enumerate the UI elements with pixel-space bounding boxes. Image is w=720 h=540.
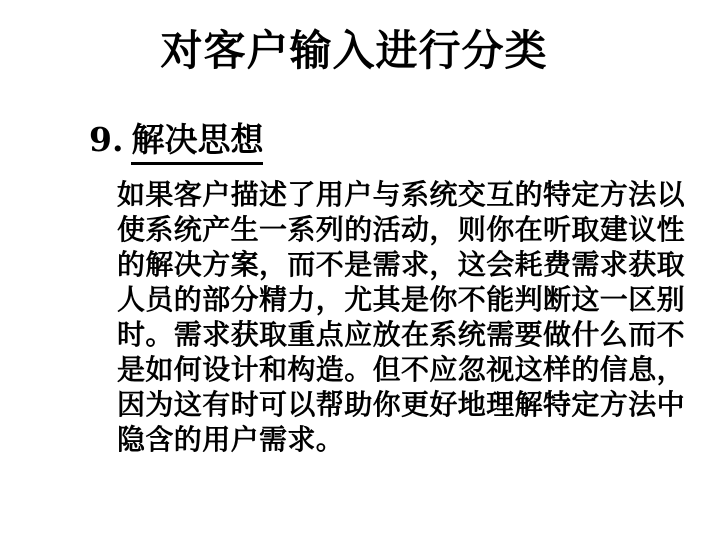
paragraph-line: 人员的部分精力，尤其是你不能判断这一区别 (117, 282, 697, 317)
body-paragraph: 如果客户描述了用户与系统交互的特定方法以 使系统产生一系列的活动，则你在听取建议… (117, 177, 697, 457)
paragraph-line: 时。需求获取重点应放在系统需要做什么而不 (117, 317, 697, 352)
paragraph-line: 是如何设计和构造。但不应忽视这样的信息， (117, 352, 697, 387)
paragraph-line: 如果客户描述了用户与系统交互的特定方法以 (117, 177, 697, 212)
section-heading: 9.解决思想 (89, 120, 263, 165)
paragraph-line: 隐含的用户需求。 (117, 422, 697, 457)
paragraph-line: 的解决方案，而不是需求，这会耗费需求获取 (117, 247, 697, 282)
paragraph-line: 使系统产生一系列的活动，则你在听取建议性 (117, 212, 697, 247)
section-number: 9. (89, 120, 123, 160)
slide-canvas: 对客户输入进行分类 9.解决思想 如果客户描述了用户与系统交互的特定方法以 使系… (0, 0, 720, 540)
slide-title: 对客户输入进行分类 (0, 26, 708, 76)
section-heading-text: 解决思想 (131, 120, 263, 165)
paragraph-line: 因为这有时可以帮助你更好地理解特定方法中 (117, 387, 697, 422)
